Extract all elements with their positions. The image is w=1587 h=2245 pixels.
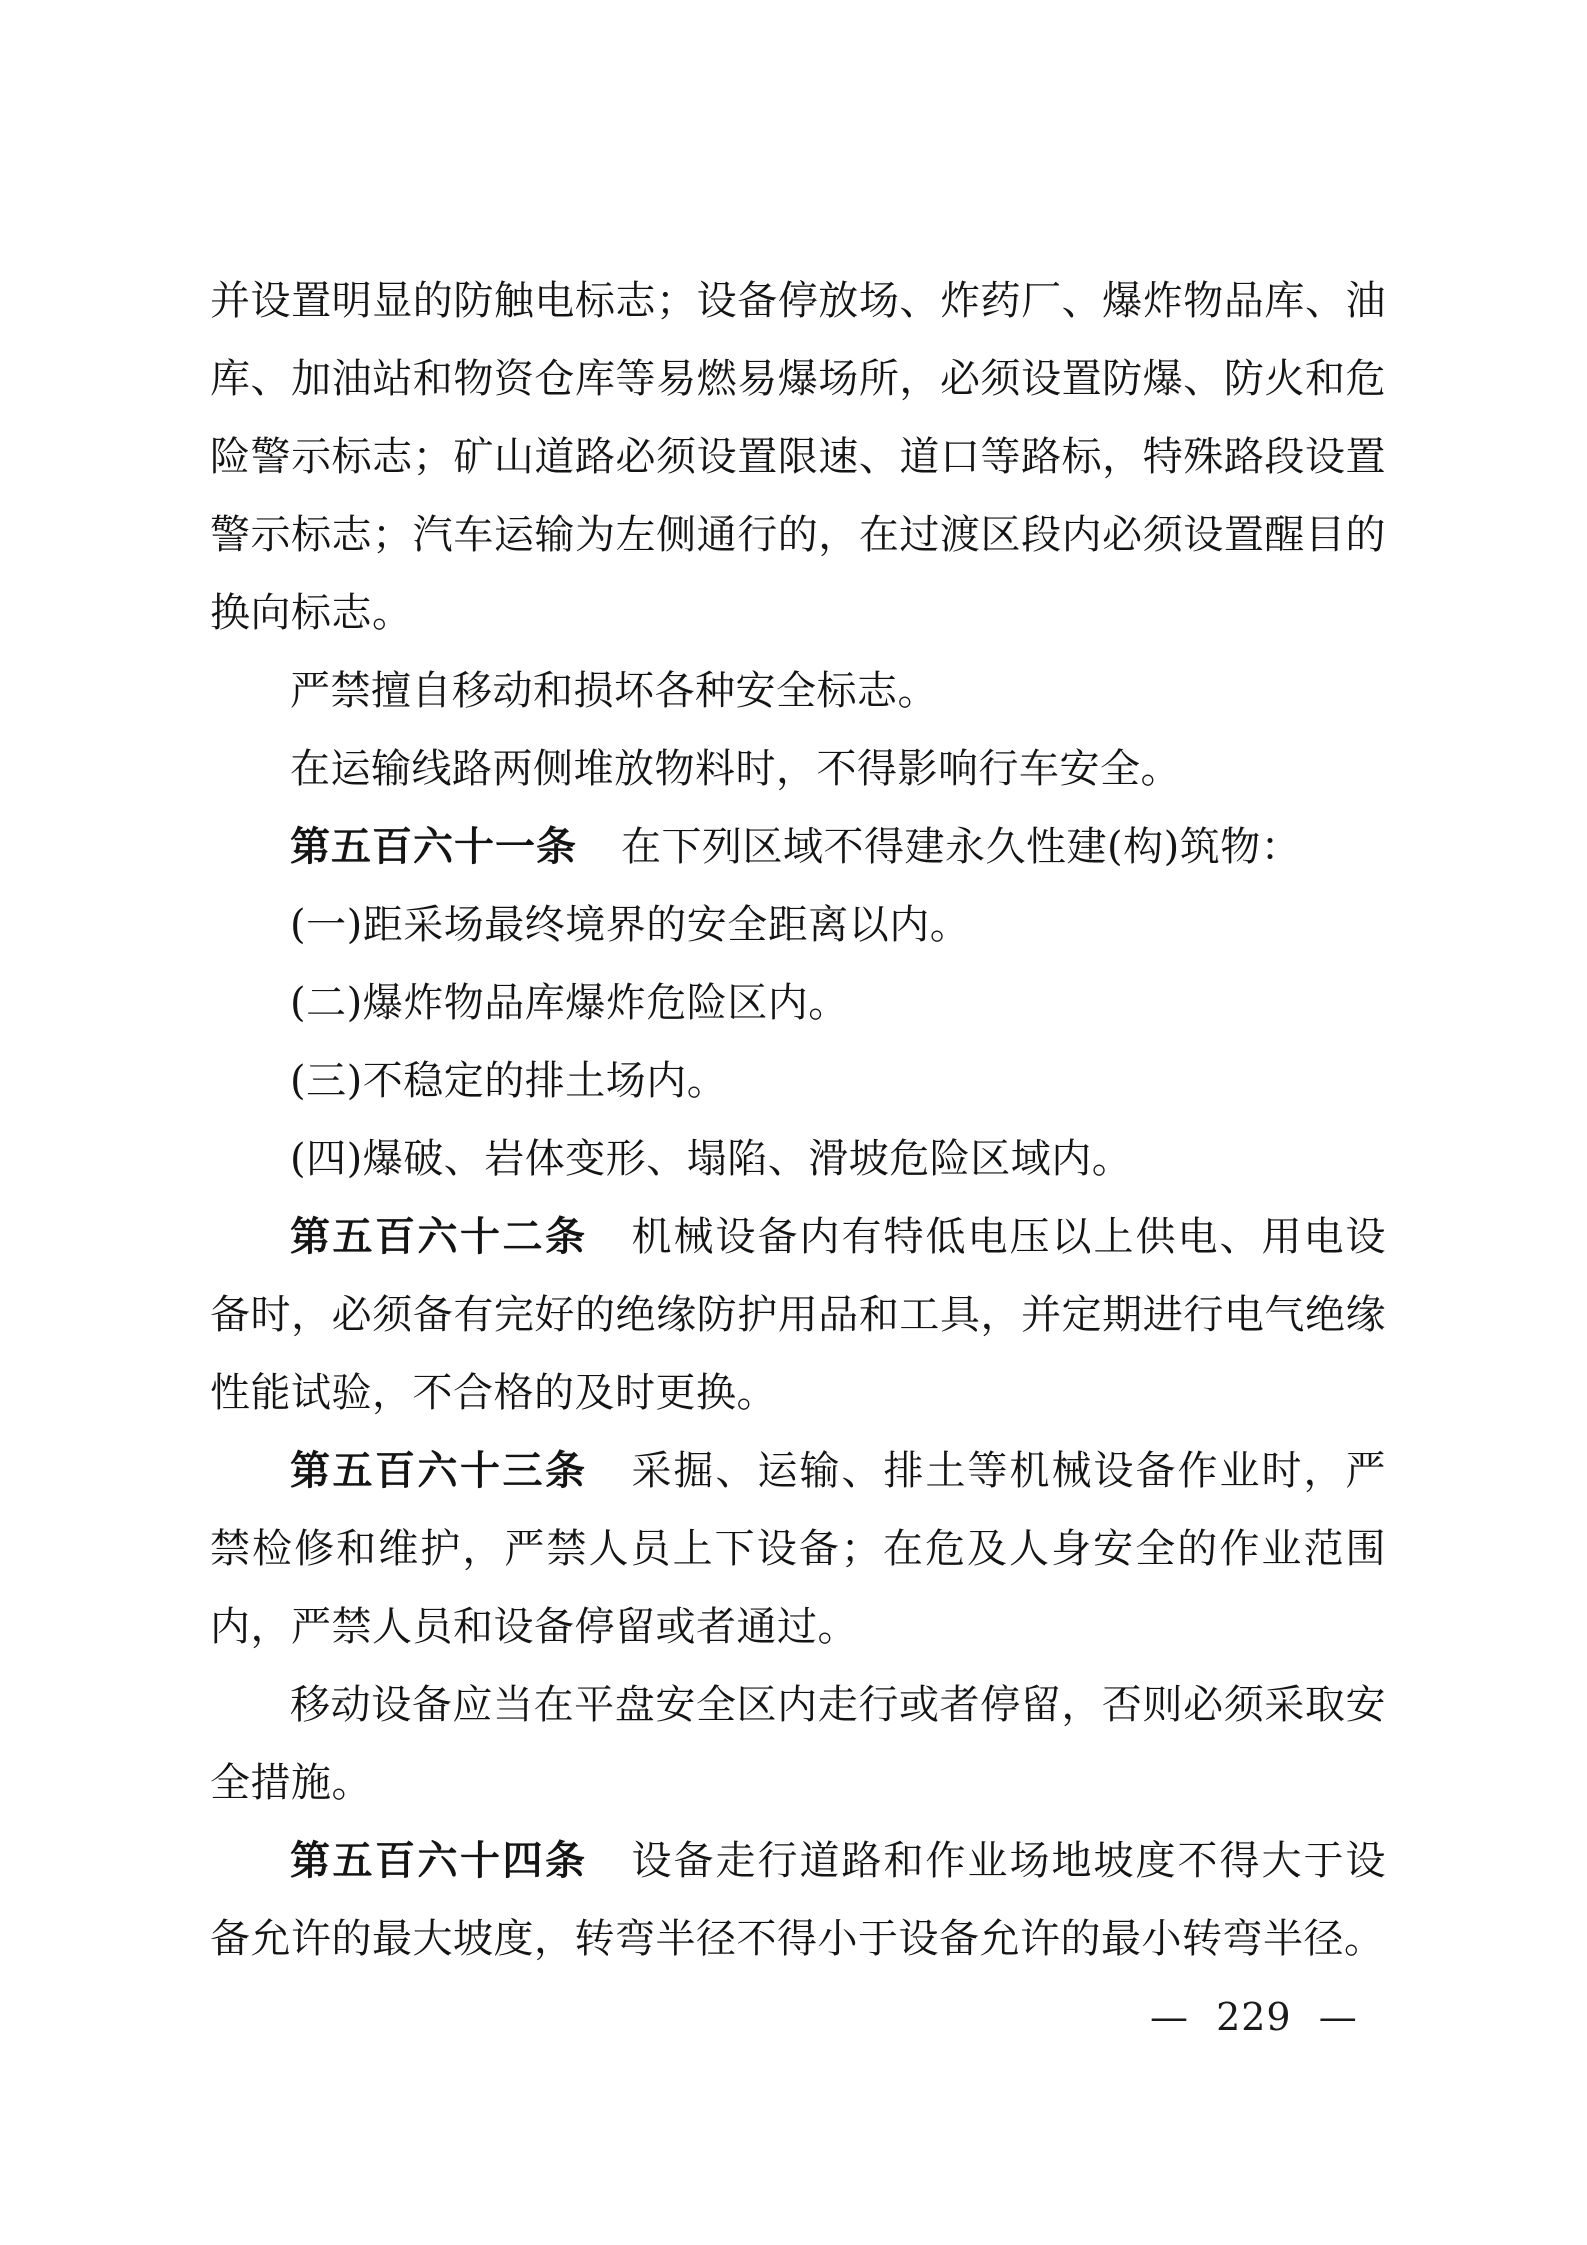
paragraph-text: 严禁擅自移动和损坏各种安全标志。 <box>290 668 938 714</box>
page-footer: — 229 — <box>1150 1996 1358 2038</box>
article-number: 第五百六十三条 <box>290 1448 588 1494</box>
list-item: (三)不稳定的排土场内。 <box>210 1042 1386 1120</box>
paragraph: 在运输线路两侧堆放物料时，不得影响行车安全。 <box>210 730 1386 808</box>
list-item: (二)爆炸物品库爆炸危险区内。 <box>210 964 1386 1042</box>
document-body: 并设置明显的防触电标志；设备停放场、炸药厂、爆炸物品库、油库、加油站和物资仓库等… <box>210 262 1386 1978</box>
paragraph-text: (三)不稳定的排土场内。 <box>290 1058 727 1104</box>
paragraph: 严禁擅自移动和损坏各种安全标志。 <box>210 652 1386 730</box>
paragraph: 移动设备应当在平盘安全区内走行或者停留，否则必须采取安全措施。 <box>210 1666 1386 1822</box>
article-number: 第五百六十一条 <box>290 824 577 870</box>
paragraph-article-564: 第五百六十四条设备走行道路和作业场地坡度不得大于设备允许的最大坡度，转弯半径不得… <box>210 1822 1386 1978</box>
list-item: (一)距采场最终境界的安全距离以内。 <box>210 886 1386 964</box>
article-number: 第五百六十四条 <box>290 1838 588 1884</box>
list-item: (四)爆破、岩体变形、塌陷、滑坡危险区域内。 <box>210 1120 1386 1198</box>
paragraph-text: (二)爆炸物品库爆炸危险区内。 <box>290 980 849 1026</box>
article-number: 第五百六十二条 <box>290 1214 588 1260</box>
paragraph-text: 移动设备应当在平盘安全区内走行或者停留，否则必须采取安全措施。 <box>210 1682 1386 1806</box>
document-page: 并设置明显的防触电标志；设备停放场、炸药厂、爆炸物品库、油库、加油站和物资仓库等… <box>0 0 1587 2245</box>
paragraph-article-562: 第五百六十二条机械设备内有特低电压以上供电、用电设备时，必须备有完好的绝缘防护用… <box>210 1198 1386 1432</box>
paragraph-text: 并设置明显的防触电标志；设备停放场、炸药厂、爆炸物品库、油库、加油站和物资仓库等… <box>210 278 1386 636</box>
page-number: — 229 — <box>1150 1995 1358 2039</box>
paragraph: 并设置明显的防触电标志；设备停放场、炸药厂、爆炸物品库、油库、加油站和物资仓库等… <box>210 262 1386 652</box>
paragraph-article-561: 第五百六十一条在下列区域不得建永久性建(构)筑物： <box>210 808 1386 886</box>
paragraph-text: (四)爆破、岩体变形、塌陷、滑坡危险区域内。 <box>290 1136 1132 1182</box>
paragraph-article-563: 第五百六十三条采掘、运输、排土等机械设备作业时，严禁检修和维护，严禁人员上下设备… <box>210 1432 1386 1666</box>
paragraph-text: 在下列区域不得建永久性建(构)筑物： <box>621 824 1301 870</box>
paragraph-text: (一)距采场最终境界的安全距离以内。 <box>290 902 970 948</box>
paragraph-text: 在运输线路两侧堆放物料时，不得影响行车安全。 <box>290 746 1181 792</box>
